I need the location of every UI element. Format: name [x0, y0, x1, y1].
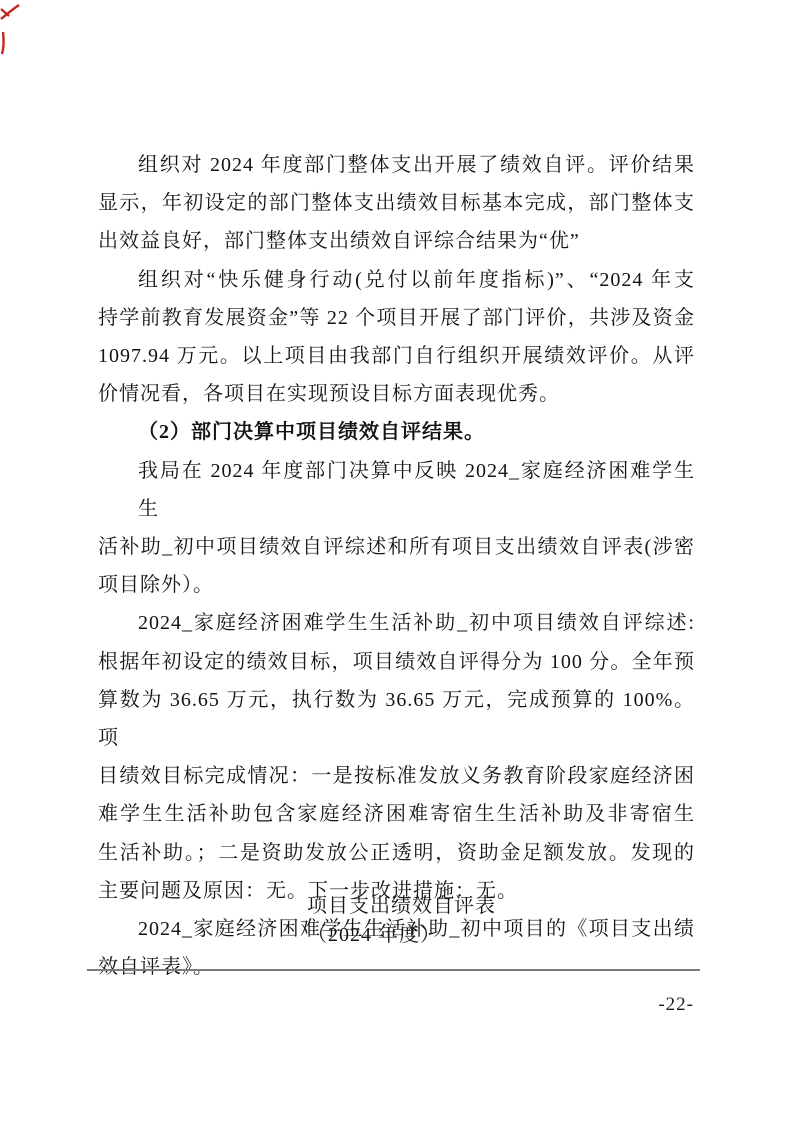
footer-divider	[87, 969, 700, 971]
body-line: 价情况看，各项目在实现预设目标方面表现优秀。	[98, 375, 695, 413]
body-line: 效自评表》。	[98, 948, 695, 986]
closing-title-block: 项目支出绩效自评表 （2024 年度）	[307, 892, 496, 950]
body-line: 根据年初设定的绩效目标，项目绩效自评得分为 100 分。全年预	[98, 643, 695, 681]
body-line: 组织对 2024 年度部门整体支出开展了绩效自评。评价结果	[98, 146, 695, 184]
body-line: 我局在 2024 年度部门决算中反映 2024_家庭经济困难学生生	[98, 452, 695, 528]
body-line: 项目除外）。	[98, 566, 695, 604]
body-line: 难学生生活补助包含家庭经济困难寄宿生生活补助及非寄宿生	[98, 795, 695, 833]
body-line: 出效益良好，部门整体支出绩效自评综合结果为“优”	[98, 222, 695, 260]
document-body: 组织对 2024 年度部门整体支出开展了绩效自评。评价结果 显示，年初设定的部门…	[98, 146, 695, 986]
section-heading: （2）部门决算中项目绩效自评结果。	[98, 413, 695, 451]
body-line: 目绩效目标完成情况：一是按标准发放义务教育阶段家庭经济困	[98, 757, 695, 795]
body-line: 1097.94 万元。以上项目由我部门自行组织开展绩效评价。从评	[98, 337, 695, 375]
body-line: 生活补助。；二是资助发放公正透明，资助金足额发放。发现的	[98, 834, 695, 872]
body-line: 持学前教育发展资金”等 22 个项目开展了部门评价，共涉及资金	[98, 299, 695, 337]
table-title: 项目支出绩效自评表	[307, 892, 496, 921]
body-line: 2024_家庭经济困难学生生活补助_初中项目绩效自评综述:	[98, 604, 695, 642]
document-page: 组织对 2024 年度部门整体支出开展了绩效自评。评价结果 显示，年初设定的部门…	[0, 0, 793, 1122]
body-line: 组织对“快乐健身行动(兑付以前年度指标)”、“2024 年支	[98, 261, 695, 299]
red-annotation-mark-bottom	[0, 31, 14, 55]
table-subtitle-year: （2024 年度）	[307, 921, 496, 950]
body-line: 活补助_初中项目绩效自评综述和所有项目支出绩效自评表(涉密	[98, 528, 695, 566]
red-annotation-mark-top	[0, 3, 22, 23]
body-line: 算数为 36.65 万元，执行数为 36.65 万元，完成预算的 100%。项	[98, 681, 695, 757]
page-number: -22-	[658, 994, 694, 1016]
body-line: 显示，年初设定的部门整体支出绩效目标基本完成，部门整体支	[98, 184, 695, 222]
